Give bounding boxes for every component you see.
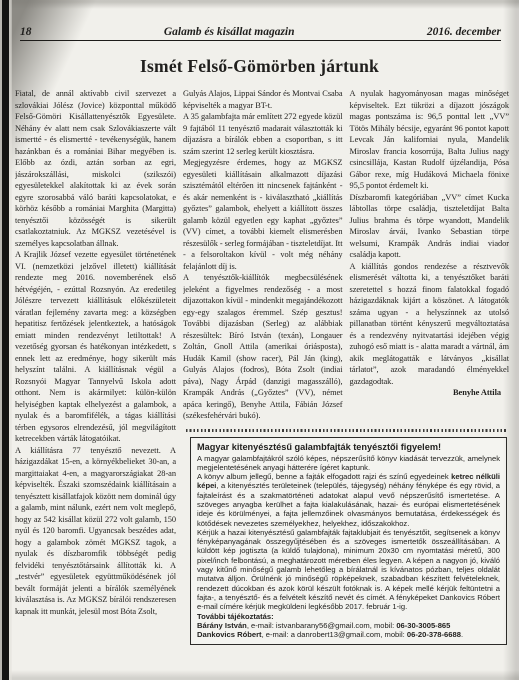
notice-title: Magyar kitenyésztésű galambfajták tenyés…: [197, 442, 500, 454]
contact-phone: 06-20-378-6688: [407, 630, 461, 639]
contact-name: Dankovics Róbert: [197, 630, 262, 639]
article-body: Fiatal, de annál aktívabb civil szerveze…: [0, 88, 519, 645]
paragraph: Gulyás Alajos, Lippai Sándor és Montvai …: [183, 88, 343, 111]
paragraph: Fiatal, de annál aktívabb civil szerveze…: [15, 88, 176, 249]
paragraph: A tenyésztők-kiállítók megbecsülésének j…: [183, 272, 343, 422]
author-signature: Benyhe Attila: [350, 387, 510, 399]
magazine-page: 18 Galamb és kisállat magazin 2016. dece…: [0, 0, 519, 680]
notice-album-paragraph: A könyv album jellegű, benne a fajták el…: [197, 472, 500, 528]
contact-details: , e-mail: istvanbarany56@gmail.com, mobi…: [247, 621, 397, 630]
notice-request-paragraph: Kérjük a hazai kitenyésztésű galambfajtá…: [197, 528, 500, 612]
notice-album-text: , a kitenyésztés területeinek (település…: [197, 481, 500, 527]
paragraph: A kiállításra 77 tenyésztő nevezett. A h…: [15, 445, 176, 618]
contact-line: Bárány István, e-mail: istvanbarany56@gm…: [197, 621, 500, 630]
contact-phone: 06-30-3005-865: [396, 621, 450, 630]
paragraph: Megjegyzésre érdemes, hogy az MGKSZ egye…: [183, 157, 343, 272]
contact-name: Bárány István: [197, 621, 247, 630]
article-right-area: Gulyás Alajos, Lippai Sándor és Montvai …: [183, 88, 509, 645]
contact-suffix: .: [461, 630, 463, 639]
more-info-label: További tájékoztatás:: [197, 612, 500, 621]
paragraph: A kiállítás gondos rendezése a résztvevő…: [350, 261, 510, 388]
page-number: 18: [20, 26, 32, 39]
notice-intro: A magyar galambfajtákról szóló képes, né…: [197, 454, 500, 473]
paragraph: A nyulak hagyományosan magas minőséget k…: [350, 88, 510, 192]
dotted-divider: [186, 429, 507, 432]
notice-box: Magyar kitenyésztésű galambfajták tenyés…: [190, 437, 507, 645]
notice-album-text: A könyv album jellegű, benne a fajták el…: [197, 472, 451, 481]
contact-line: Dankovics Róbert, e-mail: a danrobert13@…: [197, 630, 500, 639]
article-column-1: Fiatal, de annál aktívabb civil szerveze…: [15, 88, 176, 641]
issue-date: 2016. december: [427, 26, 501, 39]
paragraph: A 35 galambfajta már említett 272 egyede…: [183, 111, 343, 157]
paragraph: A Krajlik József vezette egyesület törté…: [15, 249, 176, 445]
paragraph: Díszbaromfi kategóriában „VV” címet Kuck…: [350, 192, 510, 261]
contact-details: , e-mail: a danrobert13@gmail.com, mobil…: [262, 630, 407, 639]
article-columns-2-3: Gulyás Alajos, Lippai Sándor és Montvai …: [183, 88, 509, 424]
page-header: 18 Galamb és kisállat magazin 2016. dece…: [20, 26, 501, 41]
magazine-title: Galamb és kisállat magazin: [164, 26, 295, 39]
article-title: Ismét Felső-Gömörben jártunk: [0, 56, 519, 76]
